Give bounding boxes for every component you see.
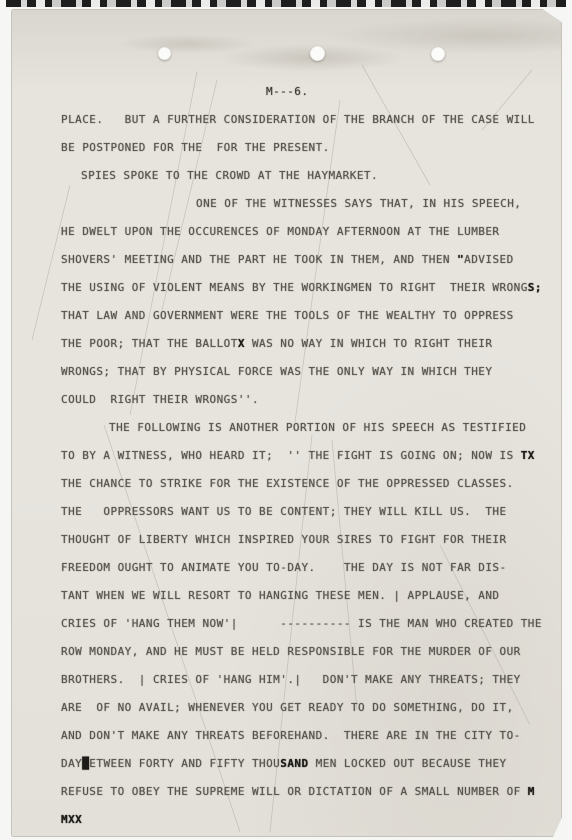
text-line: THE FOLLOWING IS ANOTHER PORTION OF HIS … [61,414,547,442]
typed-text-segment: PLACE. BUT A FURTHER CONSIDERATION OF TH… [61,113,535,126]
typed-text-segment: WAS NO WAY IN WHICH TO RIGHT THEIR [245,337,493,350]
overstruck-text: SAND [280,757,308,770]
punch-hole [310,46,325,61]
typed-text-segment: ONE OF THE WITNESSES SAYS THAT, IN HIS S… [196,197,521,210]
typed-text-segment: ETWEEN FORTY AND FIFTY THOU [89,757,280,770]
typed-text-segment: TO BY A WITNESS, WHO HEARD IT; '' THE FI… [61,449,521,462]
text-line: THE OPPRESSORS WANT US TO BE CONTENT; TH… [61,498,547,526]
typed-text-segment: WRONGS; THAT BY PHYSICAL FORCE WAS THE O… [61,365,492,378]
typed-text-segment: SPIES SPOKE TO THE CROWD AT THE HAYMARKE… [81,169,378,182]
punch-hole [158,47,171,60]
punch-hole [431,47,445,61]
text-line: FREEDOM OUGHT TO ANIMATE YOU TO-DAY. THE… [61,554,547,582]
typed-text: M---6. PLACE. BUT A FURTHER CONSIDERATIO… [61,78,547,834]
overstruck-text: MXX [61,813,82,826]
scan-top-edge-artifact [6,0,566,7]
text-line: AND DON'T MAKE ANY THREATS BEFOREHAND. T… [61,722,547,750]
text-line: ONE OF THE WITNESSES SAYS THAT, IN HIS S… [61,190,547,218]
typed-text-segment: CRIES OF 'HANG THEM NOW'| ---------- IS … [61,617,542,630]
overstruck-text: M [528,785,535,798]
typed-text-segment: SHOVERS' MEETING AND THE PART HE TOOK IN… [61,253,457,266]
text-line: BE POSTPONED FOR THE FOR THE PRESENT. [61,134,547,162]
typed-text-segment: TANT WHEN WE WILL RESORT TO HANGING THES… [61,589,500,602]
overstruck-text: TX [521,449,535,462]
text-line: THE USING OF VIOLENT MEANS BY THE WORKIN… [61,274,547,302]
text-line: ROW MONDAY, AND HE MUST BE HELD RESPONSI… [61,638,547,666]
text-line: PLACE. BUT A FURTHER CONSIDERATION OF TH… [61,106,547,134]
typed-text-segment: THE FOLLOWING IS ANOTHER PORTION OF HIS … [109,421,526,434]
typed-text-segment: THE USING OF VIOLENT MEANS BY THE WORKIN… [61,281,528,294]
typed-text-segment: BROTHERS. | CRIES OF 'HANG HIM'.| DON'T … [61,673,521,686]
typed-text-segment: COULD RIGHT THEIR WRONGS''. [61,393,259,406]
typed-text-segment: HE DWELT UPON THE OCCURENCES OF MONDAY A… [61,225,500,238]
text-line: DAY█ETWEEN FORTY AND FIFTY THOUSAND MEN … [61,750,547,778]
typed-text-segment: FREEDOM OUGHT TO ANIMATE YOU TO-DAY. THE… [61,561,507,574]
typed-text-segment: DAY [61,757,82,770]
typed-text-segment: ARE OF NO AVAIL; WHENEVER YOU GET READY … [61,701,514,714]
typed-text-segment: ROW MONDAY, AND HE MUST BE HELD RESPONSI… [61,645,521,658]
overstruck-text: X [238,337,245,350]
text-line: WRONGS; THAT BY PHYSICAL FORCE WAS THE O… [61,358,547,386]
typed-text-segment: THAT LAW AND GOVERNMENT WERE THE TOOLS O… [61,309,514,322]
text-line: THE CHANCE TO STRIKE FOR THE EXISTENCE O… [61,470,547,498]
text-line: HE DWELT UPON THE OCCURENCES OF MONDAY A… [61,218,547,246]
text-line: ARE OF NO AVAIL; WHENEVER YOU GET READY … [61,694,547,722]
text-line: THE POOR; THAT THE BALLOTX WAS NO WAY IN… [61,330,547,358]
text-line: TANT WHEN WE WILL RESORT TO HANGING THES… [61,582,547,610]
typed-text-segment: THOUGHT OF LIBERTY WHICH INSPIRED YOUR S… [61,533,507,546]
document-page: M---6. PLACE. BUT A FURTHER CONSIDERATIO… [11,9,562,837]
overstruck-text: S; [528,281,542,294]
typed-text-segment: THE OPPRESSORS WANT US TO BE CONTENT; TH… [61,505,507,518]
typed-text-segment: AND DON'T MAKE ANY THREATS BEFOREHAND. T… [61,729,521,742]
typed-text-segment: THE POOR; THAT THE BALLOT [61,337,238,350]
page-number-header: M---6. [61,78,547,106]
text-line: THAT LAW AND GOVERNMENT WERE THE TOOLS O… [61,302,547,330]
text-line: THOUGHT OF LIBERTY WHICH INSPIRED YOUR S… [61,526,547,554]
text-line: COULD RIGHT THEIR WRONGS''. [61,386,547,414]
typed-text-segment: ADVISED [464,253,514,266]
scanned-document: M---6. PLACE. BUT A FURTHER CONSIDERATIO… [0,0,572,840]
text-line: MXX [61,806,547,834]
text-line: REFUSE TO OBEY THE SUPREME WILL OR DICTA… [61,778,547,806]
text-line: SPIES SPOKE TO THE CROWD AT THE HAYMARKE… [61,162,547,190]
text-line: CRIES OF 'HANG THEM NOW'| ---------- IS … [61,610,547,638]
typed-text-segment: BE POSTPONED FOR THE FOR THE PRESENT. [61,141,330,154]
text-line: TO BY A WITNESS, WHO HEARD IT; '' THE FI… [61,442,547,470]
typed-text-segment: REFUSE TO OBEY THE SUPREME WILL OR DICTA… [61,785,528,798]
text-line: BROTHERS. | CRIES OF 'HANG HIM'.| DON'T … [61,666,547,694]
text-line: SHOVERS' MEETING AND THE PART HE TOOK IN… [61,246,547,274]
typed-text-segment: MEN LOCKED OUT BECAUSE THEY [309,757,507,770]
typed-text-segment: THE CHANCE TO STRIKE FOR THE EXISTENCE O… [61,477,514,490]
